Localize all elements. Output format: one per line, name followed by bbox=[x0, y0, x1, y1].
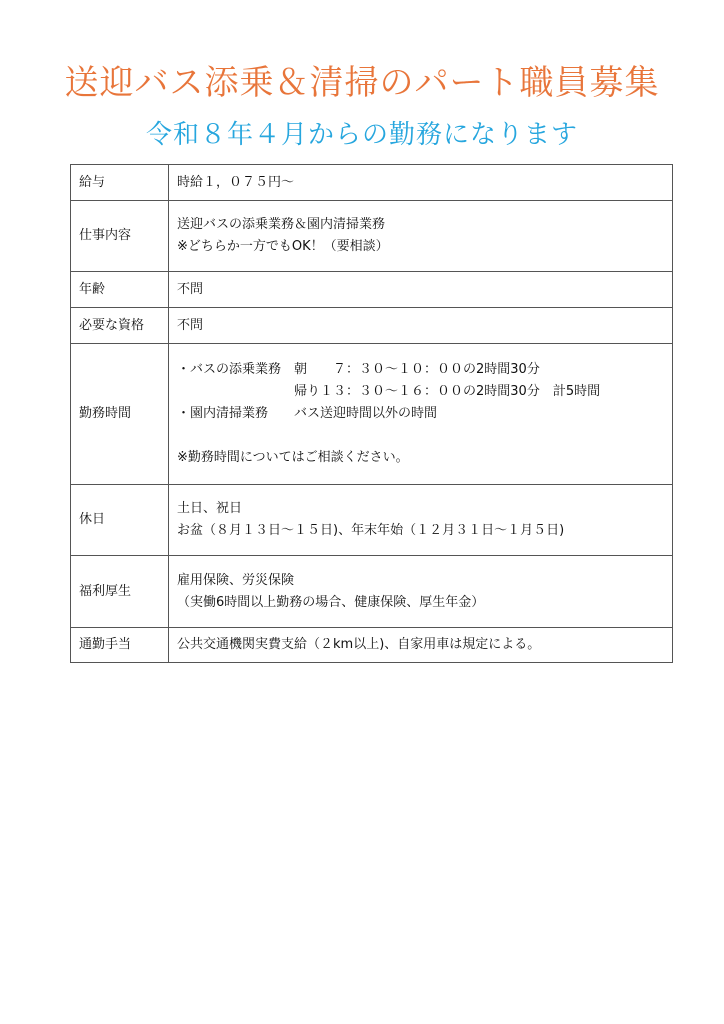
row-label: 給与 bbox=[71, 165, 169, 201]
row-value: 不問 bbox=[169, 272, 673, 308]
value-line: （実働6時間以上勤務の場合、健康保険、厚生年金） bbox=[177, 592, 672, 614]
value-line: 土日、祝日 bbox=[177, 498, 672, 520]
row-label: 休日 bbox=[71, 485, 169, 556]
table-row: 仕事内容送迎バスの添乗業務＆園内清掃業務※どちらか一方でもOK！（要相談） bbox=[71, 201, 673, 272]
table-row: 通勤手当公共交通機関実費支給（２km以上)、自家用車は規定による。 bbox=[71, 628, 673, 663]
row-value: 送迎バスの添乗業務＆園内清掃業務※どちらか一方でもOK！（要相談） bbox=[169, 201, 673, 272]
value-line: 帰り１３：３０～１６：００の2時間30分 計5時間 bbox=[177, 381, 672, 403]
row-value: 時給１，０７５円～ bbox=[169, 165, 673, 201]
row-label: 必要な資格 bbox=[71, 308, 169, 344]
table-row: 必要な資格不問 bbox=[71, 308, 673, 344]
value-line: ※勤務時間についてはご相談ください。 bbox=[177, 447, 672, 469]
row-value: 不問 bbox=[169, 308, 673, 344]
value-line bbox=[177, 425, 672, 447]
value-line: お盆（８月１３日～１５日)、年末年始（１２月３１日～１月５日) bbox=[177, 520, 672, 542]
value-line: ・バスの添乗業務 朝 ７：３０～１０：００の2時間30分 bbox=[177, 359, 672, 381]
value-line: 時給１，０７５円～ bbox=[177, 172, 672, 194]
table-row: 勤務時間・バスの添乗業務 朝 ７：３０～１０：００の2時間30分 帰り１３：３０… bbox=[71, 344, 673, 485]
table-row: 福利厚生雇用保険、労災保険（実働6時間以上勤務の場合、健康保険、厚生年金） bbox=[71, 556, 673, 628]
job-details-table: 給与時給１，０７５円～仕事内容送迎バスの添乗業務＆園内清掃業務※どちらか一方でも… bbox=[70, 164, 673, 663]
page-title: 送迎バス添乗＆清掃のパート職員募集 bbox=[0, 55, 724, 104]
value-line: 不問 bbox=[177, 279, 672, 301]
row-value: 土日、祝日お盆（８月１３日～１５日)、年末年始（１２月３１日～１月５日) bbox=[169, 485, 673, 556]
row-label: 通勤手当 bbox=[71, 628, 169, 663]
row-value: ・バスの添乗業務 朝 ７：３０～１０：００の2時間30分 帰り１３：３０～１６：… bbox=[169, 344, 673, 485]
row-value: 雇用保険、労災保険（実働6時間以上勤務の場合、健康保険、厚生年金） bbox=[169, 556, 673, 628]
table-row: 休日土日、祝日お盆（８月１３日～１５日)、年末年始（１２月３１日～１月５日) bbox=[71, 485, 673, 556]
value-line: 送迎バスの添乗業務＆園内清掃業務 bbox=[177, 214, 672, 236]
value-line: 公共交通機関実費支給（２km以上)、自家用車は規定による。 bbox=[177, 634, 672, 656]
table-row: 給与時給１，０７５円～ bbox=[71, 165, 673, 201]
value-line: 雇用保険、労災保険 bbox=[177, 570, 672, 592]
page-subtitle: 令和８年４月からの勤務になります bbox=[0, 114, 724, 151]
row-value: 公共交通機関実費支給（２km以上)、自家用車は規定による。 bbox=[169, 628, 673, 663]
value-line: 不問 bbox=[177, 315, 672, 337]
value-line: ・園内清掃業務 バス送迎時間以外の時間 bbox=[177, 403, 672, 425]
row-label: 勤務時間 bbox=[71, 344, 169, 485]
row-label: 仕事内容 bbox=[71, 201, 169, 272]
row-label: 年齢 bbox=[71, 272, 169, 308]
value-line: ※どちらか一方でもOK！（要相談） bbox=[177, 236, 672, 258]
row-label: 福利厚生 bbox=[71, 556, 169, 628]
table-row: 年齢不問 bbox=[71, 272, 673, 308]
